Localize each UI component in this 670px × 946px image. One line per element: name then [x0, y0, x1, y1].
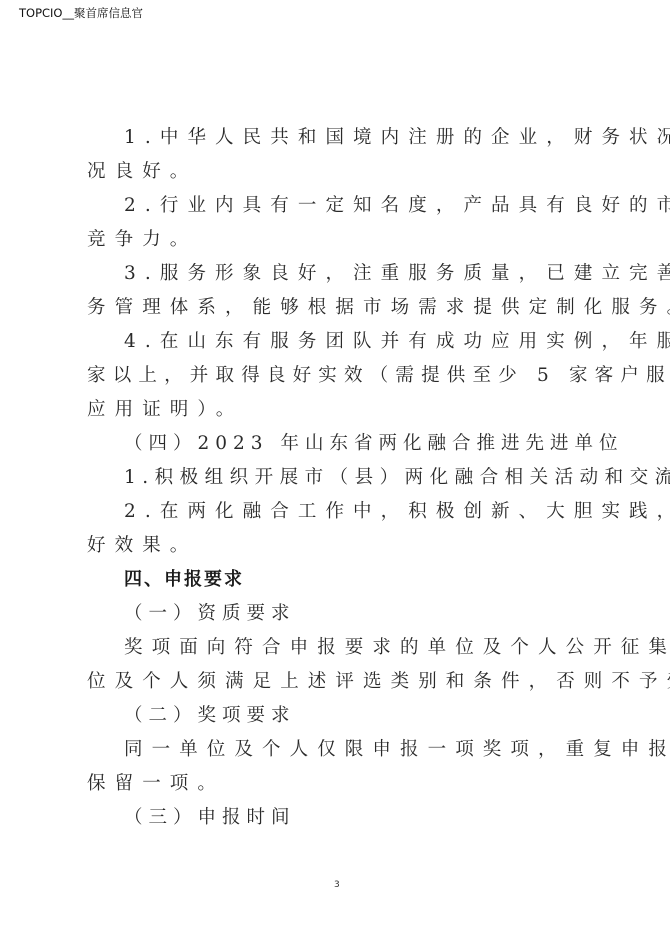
section-heading-requirements: 四、申报要求	[124, 568, 244, 592]
qualification-text-line-1: 奖项面向符合申报要求的单位及个人公开征集。申报单	[124, 636, 670, 660]
criteria-item-4-line-1: 4.在山东有服务团队并有成功应用实例，年服务企业 5	[124, 330, 670, 354]
criteria-item-1-line-1: 1.中华人民共和国境内注册的企业，财务状况和运营情	[124, 126, 670, 150]
criteria-item-4-line-2: 家以上，并取得良好实效（需提供至少 5 家客户服务简介或	[87, 364, 670, 388]
criteria-item-3-line-2: 务管理体系，能够根据市场需求提供定制化服务。	[87, 296, 670, 320]
award-requirements-line-1: 同一单位及个人仅限申报一项奖项，重复申报的将择优	[124, 738, 670, 762]
advanced-units-item-2-line-1: 2.在两化融合工作中，积极创新、大胆实践，并取得良	[124, 500, 670, 524]
criteria-item-2-line-1: 2.行业内具有一定知名度，产品具有良好的市场前景和	[124, 194, 670, 218]
source-watermark: TOPCIO__聚首席信息官	[19, 5, 143, 21]
criteria-item-2-line-2: 竞争力。	[87, 228, 197, 252]
subheading-qualification: （一）资质要求	[124, 602, 296, 626]
advanced-units-item-2-line-2: 好效果。	[87, 534, 197, 558]
award-requirements-line-2: 保留一项。	[87, 772, 225, 796]
subheading-application-time: （三）申报时间	[124, 806, 296, 830]
page-number: 3	[334, 880, 340, 890]
criteria-item-1-line-2: 况良好。	[87, 160, 197, 184]
qualification-text-line-2: 位及个人须满足上述评选类别和条件，否则不予受理。	[87, 670, 670, 694]
subheading-award-requirements: （二）奖项要求	[124, 704, 296, 728]
criteria-item-3-line-1: 3.服务形象良好，注重服务质量，已建立完善的客户服	[124, 262, 670, 286]
section-heading-advanced-units: （四）2023 年山东省两化融合推进先进单位	[124, 432, 623, 456]
criteria-item-4-line-3: 应用证明）。	[87, 398, 243, 422]
advanced-units-item-1: 1.积极组织开展市（县）两化融合相关活动和交流。	[124, 466, 670, 490]
